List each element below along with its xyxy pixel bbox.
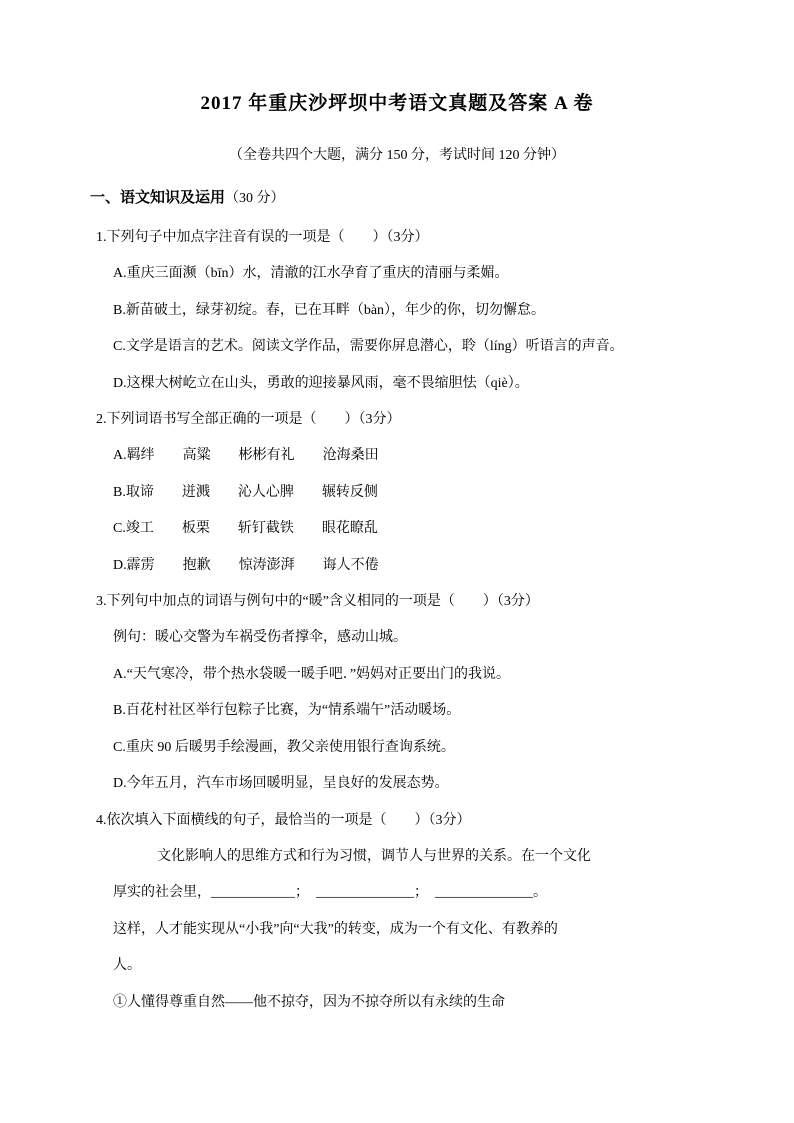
option-line: B.新苗破土，绿芽初绽。春，已在耳畔（bàn），年少的你，切勿懈怠。 — [0, 293, 794, 329]
document-body: 1.下列句子中加点字注音有误的一项是（ ）（3分）A.重庆三面濒（bīn）水，清… — [0, 220, 794, 1021]
option-line: 人。 — [0, 948, 794, 984]
question-line: 3.下列句中加点的词语与例句中的“暖”含义相同的一项是（ ）（3分） — [0, 584, 794, 620]
option-line: D.今年五月，汽车市场回暖明显，呈良好的发展态势。 — [0, 766, 794, 802]
option-line: 例句：暖心交警为车祸受伤者撑伞，感动山城。 — [0, 620, 794, 656]
section-heading-points: （30 分） — [225, 191, 285, 206]
option-line: A.羁绊 高粱 彬彬有礼 沧海桑田 — [0, 438, 794, 474]
question-line: 2.下列词语书写全部正确的一项是（ ）（3分） — [0, 402, 794, 438]
option-line: D.霹雳 抱歉 惊涛澎湃 诲人不倦 — [0, 548, 794, 584]
option-line: B.百花村社区举行包粽子比赛，为“情系端午”活动暖场。 — [0, 693, 794, 729]
option-line: C.文学是语言的艺术。阅读文学作品，需要你屏息潜心，聆（líng）听语言的声音。 — [0, 329, 794, 365]
document-subtitle: （全卷共四个大题，满分 150 分，考试时间 120 分钟） — [0, 147, 794, 165]
option-line: B.取谛 迸溅 沁人心脾 辗转反侧 — [0, 475, 794, 511]
question-line: 1.下列句子中加点字注音有误的一项是（ ）（3分） — [0, 220, 794, 256]
document-title: 2017 年重庆沙坪坝中考语文真题及答案 A 卷 — [0, 0, 794, 116]
option-line: A.“天气寒冷，带个热水袋暖一暖手吧．”妈妈对正要出门的我说。 — [0, 657, 794, 693]
option-line: ①人懂得尊重自然——他不掠夺，因为不掠夺所以有永续的生命 — [0, 985, 794, 1021]
option-line: D.这棵大树屹立在山头，勇敢的迎接暴风雨，毫不畏缩胆怯（qiè）。 — [0, 366, 794, 402]
document-page: 2017 年重庆沙坪坝中考语文真题及答案 A 卷 （全卷共四个大题，满分 150… — [0, 0, 794, 1123]
option-line: 厚实的社会里，____________； ______________； ___… — [0, 875, 794, 911]
paragraph-line: 文化影响人的思维方式和行为习惯，调节人与世界的关系。在一个文化 — [0, 839, 794, 875]
option-line: 这样，人才能实现从“小我”向“大我”的转变，成为一个有文化、有教养的 — [0, 912, 794, 948]
option-line: C.重庆 90 后暖男手绘漫画，教父亲使用银行查询系统。 — [0, 730, 794, 766]
section-heading: 一、语文知识及运用（30 分） — [0, 189, 794, 208]
option-line: A.重庆三面濒（bīn）水，清澈的江水孕育了重庆的清丽与柔媚。 — [0, 256, 794, 292]
section-heading-title: 一、语文知识及运用 — [90, 190, 225, 206]
question-line: 4.依次填入下面横线的句子，最恰当的一项是（ ）（3分） — [0, 803, 794, 839]
option-line: C.竣工 板栗 斩钉截铁 眼花瞭乱 — [0, 511, 794, 547]
